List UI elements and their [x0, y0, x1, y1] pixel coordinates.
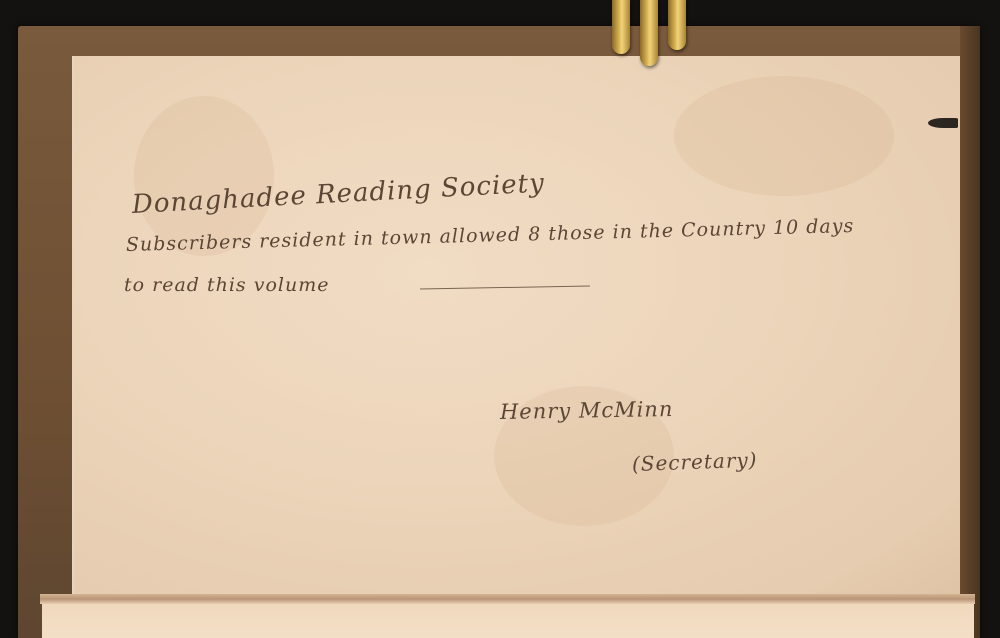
gold-clip-finger	[668, 0, 686, 50]
facing-page	[42, 604, 974, 638]
page-gutter-fold	[40, 594, 975, 604]
pastedown-page	[72, 56, 960, 596]
moth-icon	[928, 118, 958, 128]
signature: Henry McMinn	[500, 397, 674, 424]
signature-title: (Secretary)	[632, 448, 758, 476]
foxing-stain	[674, 76, 894, 196]
gold-clip-finger	[640, 0, 658, 66]
gold-clip-finger	[612, 0, 630, 54]
board-edge	[960, 26, 980, 638]
inscription-line: to read this volume	[124, 274, 329, 296]
